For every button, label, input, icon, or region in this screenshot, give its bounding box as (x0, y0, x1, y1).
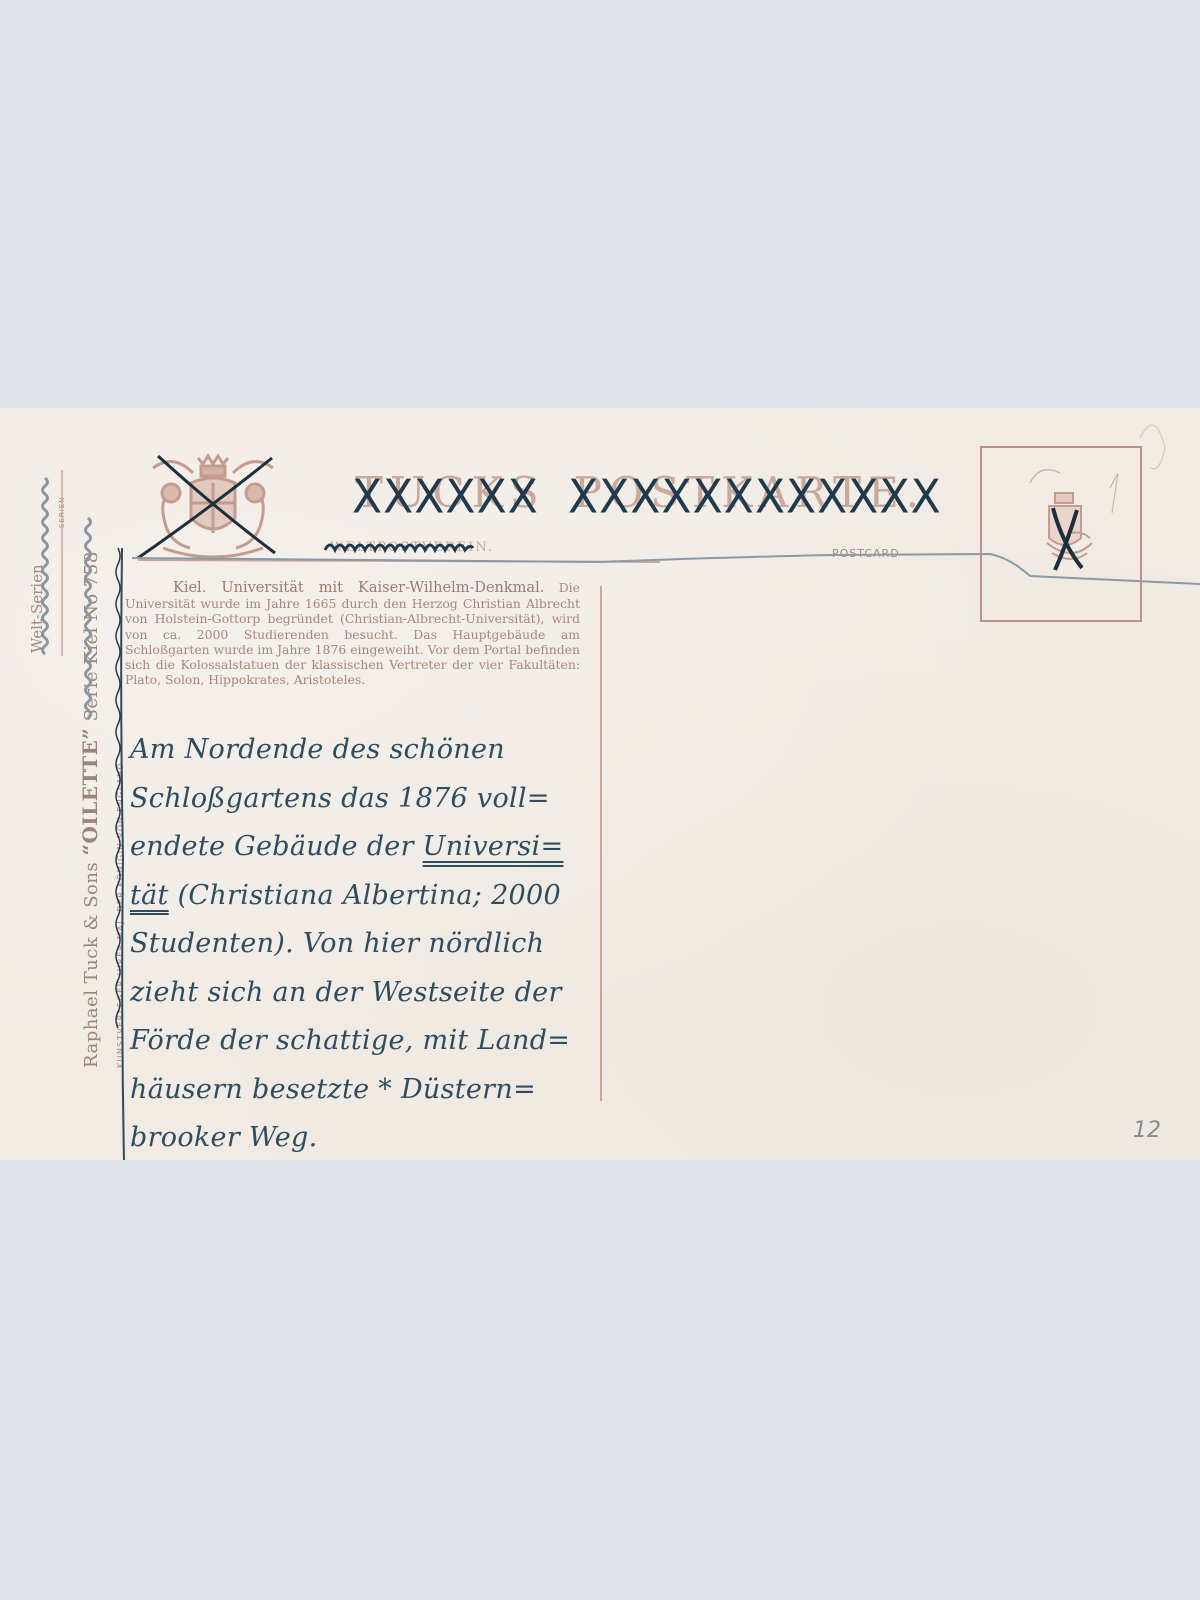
page-number: 12 (1133, 1118, 1161, 1143)
postcard-back: Welt-Serien SERIEN Raphael Tuck & Sons “… (0, 408, 1200, 1160)
postcard-label: POSTCARD (832, 547, 900, 560)
series-sublabel: SERIEN (58, 497, 66, 528)
scribble-mark (323, 538, 478, 556)
handwritten-note: Am Nordende des schönen Schloßgartens da… (130, 726, 610, 1163)
publisher-name: Raphael Tuck & Sons (81, 856, 102, 1068)
handwriting-line: brooker Weg. (130, 1114, 610, 1163)
handwriting-fragment: endete Gebäude der (130, 831, 423, 862)
handwriting-fragment: (Christiana Albertina; 2000 (169, 880, 561, 911)
stamp-emblem-icon (1037, 488, 1097, 578)
series-label: Welt-Serien (28, 564, 46, 653)
handwriting-line: Förde der schattige, mit Land= (130, 1017, 610, 1066)
publisher-imprint: Raphael Tuck & Sons “OILETTE” Serie Kiel… (78, 551, 102, 1068)
printed-description: Kiel. Universität mit Kaiser-Wilhelm-Den… (125, 580, 580, 687)
handwriting-line: zieht sich an der Westseite der (130, 969, 610, 1018)
series-number: Serie Kiel No 758 (81, 551, 102, 727)
handwriting-line: Am Nordende des schönen (130, 726, 610, 775)
oilette-mark: “OILETTE” (78, 728, 102, 856)
royal-warrant-text: KUNSTVERLEGER IHRER MAJ. DER KÖNIGIN VON… (116, 762, 125, 1068)
description-title: Kiel. Universität mit Kaiser-Wilhelm-Den… (173, 580, 544, 596)
handwriting-line: Studenten). Von hier nördlich (130, 920, 610, 969)
handwriting-line: tät (Christiana Albertina; 2000 (130, 872, 610, 921)
coat-of-arms-icon (143, 448, 283, 566)
handwriting-line: endete Gebäude der Universi= (130, 823, 610, 872)
handwriting-line: häusern besetzte * Düstern= (130, 1066, 610, 1115)
stamp-area (980, 446, 1142, 622)
crossout-marks: XXXXXX (352, 471, 539, 525)
handwriting-underlined: Universi= (423, 831, 564, 862)
crossout-marks: XXXXXXXXXXXX (568, 471, 942, 525)
description-body: Die Universität wurde im Jahre 1665 durc… (125, 580, 580, 687)
handwriting-underlined: tät (130, 880, 169, 911)
handwriting-line: Schloßgartens das 1876 voll= (130, 775, 610, 824)
